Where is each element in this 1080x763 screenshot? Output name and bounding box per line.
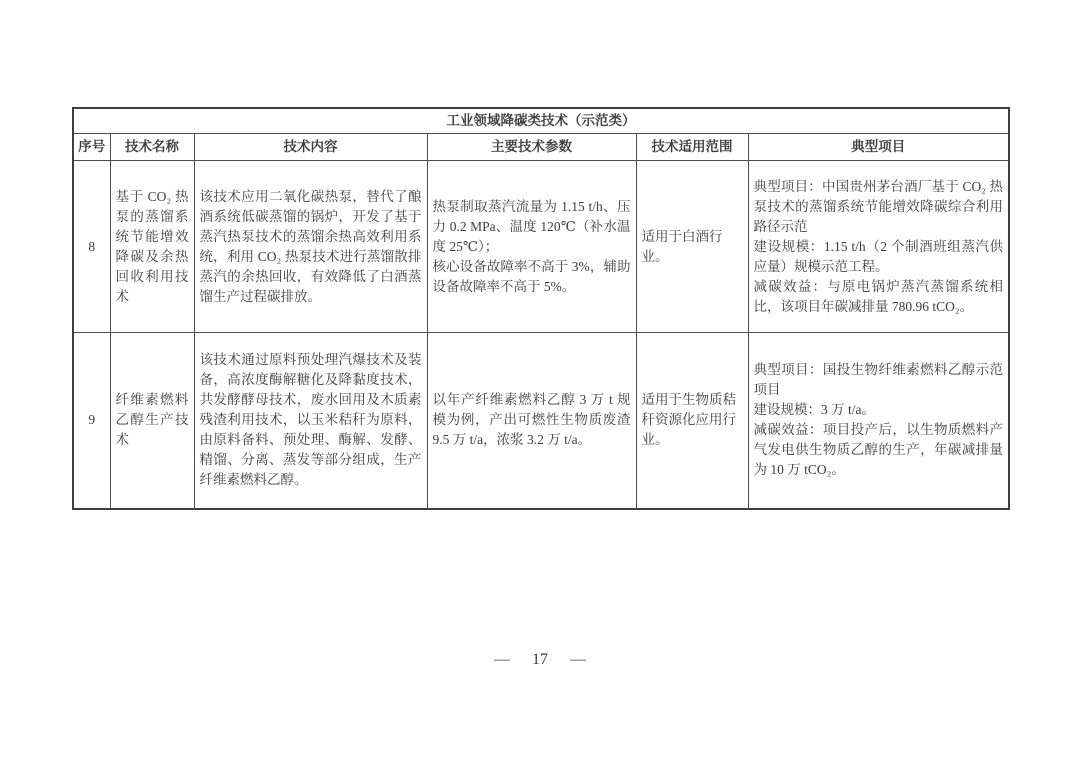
table-row: 9 纤维素燃料乙醇生产技术 该技术通过原料预处理汽爆技术及装备，高浓度酶解糖化及…	[73, 333, 1009, 509]
tech-params: 以年产纤维素燃料乙醇 3 万 t 规模为例，产出可燃性生物质废渣 9.5 万 t…	[427, 333, 636, 509]
table-header-row: 序号 技术名称 技术内容 主要技术参数 技术适用范围 典型项目	[73, 134, 1009, 161]
project-line: 减碳效益：项目投产后，以生物质燃料产气发电供生物质乙醇的生产，年碳减排量为 10…	[754, 420, 1004, 480]
col-header-scope: 技术适用范围	[636, 134, 748, 161]
document-page: 工业领域降碳类技术（示范类） 序号 技术名称 技术内容 主要技术参数 技术适用范…	[0, 0, 1080, 763]
tech-content: 该技术通过原料预处理汽爆技术及装备，高浓度酶解糖化及降黏度技术，共发酵酵母技术，…	[194, 333, 427, 509]
typical-project: 典型项目：国投生物纤维素燃料乙醇示范项目 建设规模：3 万 t/a。 减碳效益：…	[748, 333, 1009, 509]
project-line: 典型项目：国投生物纤维素燃料乙醇示范项目	[754, 360, 1004, 400]
row-index: 9	[73, 333, 110, 509]
project-line: 典型项目：中国贵州茅台酒厂基于 CO₂ 热泵技术的蒸馏系统节能增效降碳综合利用路…	[754, 177, 1004, 237]
page-number-dash-right: —	[570, 651, 586, 669]
tech-name: 基于 CO₂ 热泵的蒸馏系统节能增效降碳及余热回收利用技术	[110, 161, 194, 333]
tech-scope: 适用于白酒行业。	[636, 161, 748, 333]
project-line: 减碳效益：与原电锅炉蒸汽蒸馏系统相比，该项目年碳减排量 780.96 tCO₂。	[754, 277, 1004, 317]
row-index: 8	[73, 161, 110, 333]
col-header-seq: 序号	[73, 134, 110, 161]
table-row: 8 基于 CO₂ 热泵的蒸馏系统节能增效降碳及余热回收利用技术 该技术应用二氧化…	[73, 161, 1009, 333]
tech-params-line: 以年产纤维素燃料乙醇 3 万 t 规模为例，产出可燃性生物质废渣 9.5 万 t…	[433, 390, 631, 450]
page-number: — 17 —	[0, 651, 1080, 669]
project-line: 建设规模：3 万 t/a。	[754, 400, 1004, 420]
col-header-params: 主要技术参数	[427, 134, 636, 161]
tech-params-line: 热泵制取蒸汽流量为 1.15 t/h、压力 0.2 MPa、温度 120℃（补水…	[433, 197, 631, 257]
typical-project: 典型项目：中国贵州茅台酒厂基于 CO₂ 热泵技术的蒸馏系统节能增效降碳综合利用路…	[748, 161, 1009, 333]
tech-name: 纤维素燃料乙醇生产技术	[110, 333, 194, 509]
page-number-value: 17	[532, 651, 548, 669]
tech-scope: 适用于生物质秸秆资源化应用行业。	[636, 333, 748, 509]
tech-params-line: 核心设备故障率不高于 3%，辅助设备故障率不高于 5%。	[433, 257, 631, 297]
tech-params: 热泵制取蒸汽流量为 1.15 t/h、压力 0.2 MPa、温度 120℃（补水…	[427, 161, 636, 333]
col-header-project: 典型项目	[748, 134, 1009, 161]
technology-table: 工业领域降碳类技术（示范类） 序号 技术名称 技术内容 主要技术参数 技术适用范…	[72, 107, 1010, 510]
col-header-name: 技术名称	[110, 134, 194, 161]
col-header-content: 技术内容	[194, 134, 427, 161]
page-number-dash-left: —	[494, 651, 510, 669]
table-title-row: 工业领域降碳类技术（示范类）	[73, 108, 1009, 134]
table-title: 工业领域降碳类技术（示范类）	[73, 108, 1009, 134]
tech-content: 该技术应用二氧化碳热泵，替代了酿酒系统低碳蒸馏的锅炉，开发了基于蒸汽热泵技术的蒸…	[194, 161, 427, 333]
project-line: 建设规模：1.15 t/h（2 个制酒班组蒸汽供应量）规模示范工程。	[754, 237, 1004, 277]
